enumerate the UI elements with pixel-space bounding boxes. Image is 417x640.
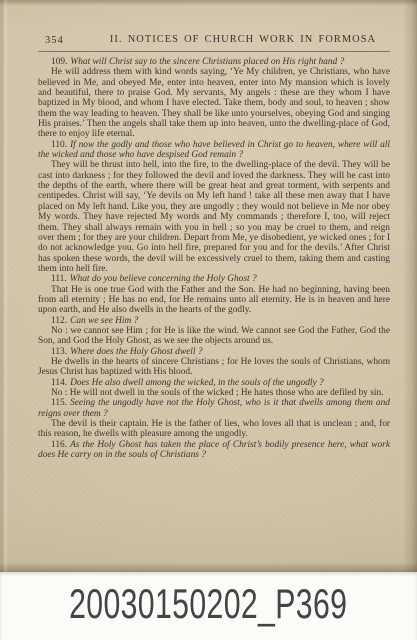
chapter-title: II. NOTICES OF CHURCH WORK IN FORMOSA: [96, 34, 390, 45]
question-text: Can we see Him ?: [70, 316, 138, 326]
question-text: Seeing the ungodly have not the Holy Gho…: [38, 398, 390, 418]
page-content: 354 II. NOTICES OF CHURCH WORK IN FORMOS…: [38, 34, 390, 460]
question-110: 110.If now the godly and those who have …: [38, 140, 390, 161]
question-number: 115.: [51, 398, 67, 408]
scanner-white-strip: 20030150202_P369: [0, 572, 417, 640]
question-109: 109.What will Christ say to the sincere …: [38, 57, 390, 67]
answer-114: No : He will not dwell in the souls of t…: [38, 388, 390, 398]
question-number: 112.: [51, 316, 67, 326]
answer-109: He will address them with kind words say…: [38, 67, 390, 139]
question-text: What will Christ say to the sincere Chri…: [70, 57, 344, 67]
question-text: As the Holy Ghost has taken the place of…: [38, 440, 390, 460]
archival-label: 20030150202_P369: [69, 580, 347, 633]
running-head: 354 II. NOTICES OF CHURCH WORK IN FORMOS…: [38, 34, 390, 48]
question-113: 113.Where does the Holy Ghost dwell ?: [38, 347, 390, 357]
answer-111: That He is one true God with the Father …: [38, 285, 390, 316]
answer-115: The devil is their captain. He is the fa…: [38, 419, 390, 440]
question-text: What do you believe concerning the Holy …: [70, 274, 257, 284]
question-116: 116.As the Holy Ghost has taken the plac…: [38, 440, 390, 461]
question-number: 109.: [51, 57, 67, 67]
answer-113: He dwells in the hearts of sincere Chris…: [38, 357, 390, 378]
question-number: 116.: [51, 440, 67, 450]
paper-background: 354 II. NOTICES OF CHURCH WORK IN FORMOS…: [0, 0, 417, 572]
question-text: If now the godly and those who have beli…: [38, 140, 390, 160]
answer-110: They will be thrust into hell, into the …: [38, 160, 390, 274]
question-number: 111.: [51, 274, 67, 284]
question-111: 111.What do you believe concerning the H…: [38, 274, 390, 284]
question-number: 110.: [51, 140, 67, 150]
header-rule: [38, 51, 390, 52]
question-text: Where does the Holy Ghost dwell ?: [70, 347, 202, 357]
question-text: Does He also dwell among the wicked, in …: [70, 378, 324, 388]
scanned-book-page: 354 II. NOTICES OF CHURCH WORK IN FORMOS…: [0, 0, 417, 640]
question-number: 113.: [51, 347, 67, 357]
question-114: 114.Does He also dwell among the wicked,…: [38, 378, 390, 388]
page-number: 354: [45, 35, 64, 46]
question-112: 112.Can we see Him ?: [38, 316, 390, 326]
body-text: 109.What will Christ say to the sincere …: [38, 57, 390, 460]
question-number: 114.: [51, 378, 67, 388]
answer-112: No : we cannot see Him ; for He is like …: [38, 326, 390, 347]
question-115: 115.Seeing the ungodly have not the Holy…: [38, 398, 390, 419]
